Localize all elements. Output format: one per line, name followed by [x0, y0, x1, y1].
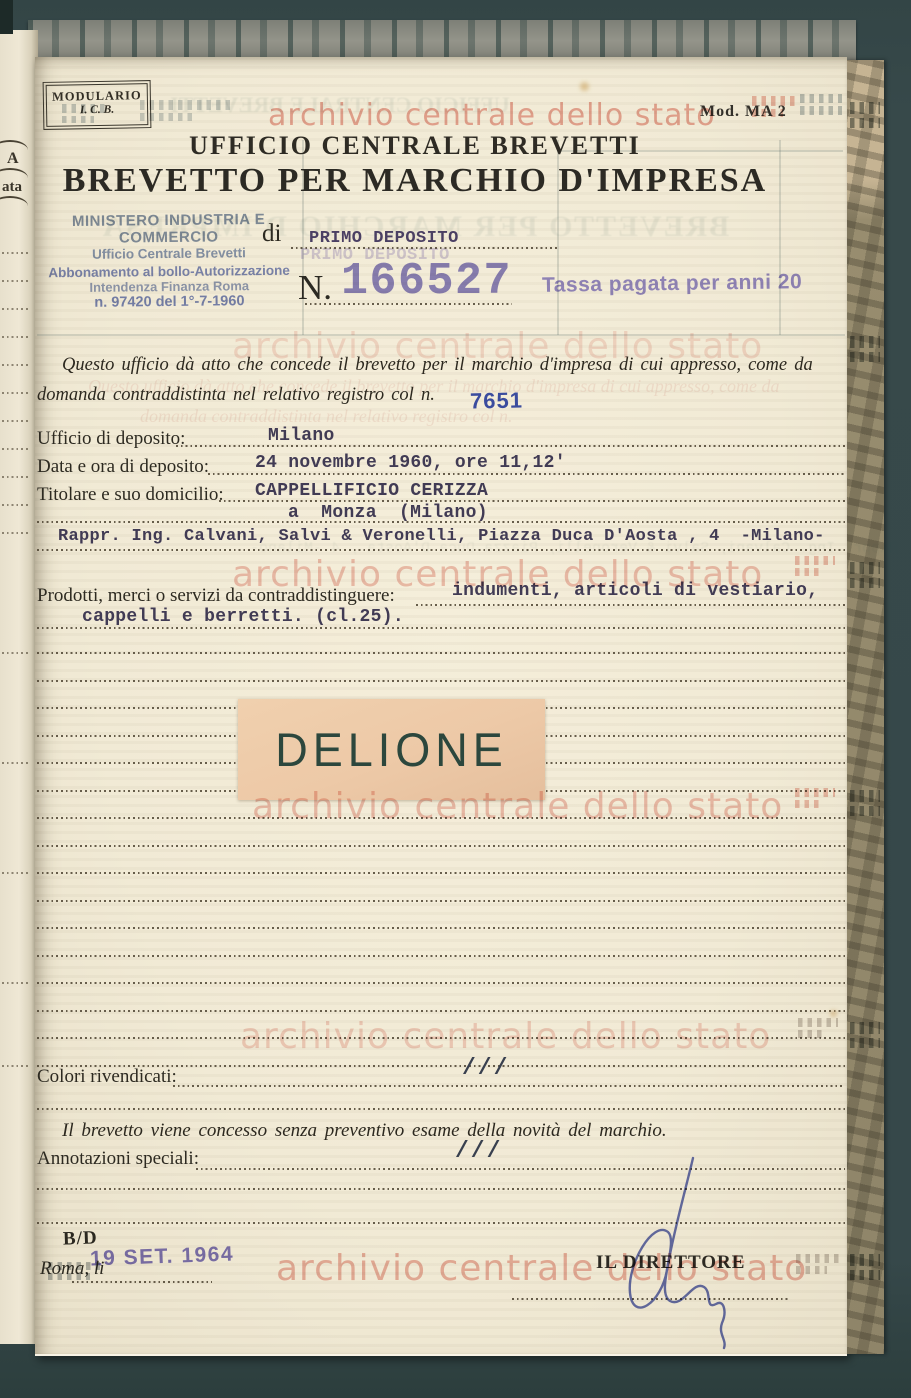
- ministry-stamp-line: MINISTERO INDUSTRIA E COMMERCIO: [43, 211, 293, 248]
- archive-watermark: archivio centrale dello stato: [232, 326, 763, 367]
- date-stamp: 19 SET. 1964: [90, 1242, 235, 1271]
- serial-number-label: N.: [298, 268, 332, 308]
- acs-grid-mark: [48, 1262, 104, 1280]
- binding-tape: [28, 20, 856, 62]
- acs-grid-mark: [795, 788, 835, 808]
- trademark-specimen-patch: DELIONE: [238, 699, 545, 800]
- acs-grid-mark: [62, 104, 108, 123]
- field-label-titolare: Titolare e suo domicilio:: [37, 484, 224, 506]
- colors-claimed-label: Colori rivendicati:: [37, 1066, 177, 1088]
- acs-grid-mark: [796, 1254, 840, 1274]
- margin-fragment: ata: [2, 179, 22, 196]
- archive-watermark: archivio centrale dello stato: [252, 786, 783, 827]
- acs-grid-mark: [798, 1018, 838, 1038]
- margin-fragment: A: [7, 150, 19, 168]
- archive-watermark: archivio centrale dello stato: [240, 1016, 771, 1057]
- paper-stain: [830, 1010, 837, 1017]
- acs-grid-mark: [800, 94, 842, 115]
- document-title: BREVETTO PER MARCHIO D'IMPRESA: [35, 162, 795, 200]
- serial-number: 166527: [341, 256, 512, 307]
- representative-line: Rappr. Ing. Calvani, Salvi & Veronelli, …: [58, 527, 825, 546]
- archive-watermark: archivio centrale dello stato: [232, 554, 763, 595]
- products-value-line2: cappelli e berretti. (cl.25).: [82, 607, 404, 627]
- ministry-stamp-line: Abbonamento al bollo-Autorizzazione: [44, 263, 294, 281]
- di-label: di: [262, 220, 281, 248]
- acs-grid-mark: [850, 1254, 880, 1280]
- annotations-value: ///: [455, 1138, 502, 1164]
- field-label-data: Data e ora di deposito:: [37, 456, 209, 478]
- field-value-ufficio: Milano: [268, 426, 335, 446]
- previous-page-edge: [0, 30, 38, 1344]
- ministry-stamp-line: n. 97420 del 1°-7-1960: [44, 293, 294, 312]
- office-name: UFFICIO CENTRALE BREVETTI: [35, 131, 795, 161]
- acs-grid-mark: [850, 336, 880, 362]
- archive-watermark: archivio centrale dello stato: [276, 1248, 807, 1289]
- acs-grid-mark: [850, 102, 880, 128]
- field-label-ufficio: Ufficio di deposito:: [37, 428, 185, 450]
- annotations-label: Annotazioni speciali:: [37, 1148, 199, 1170]
- book-binding-edge: [847, 60, 884, 1354]
- notice-line: Il brevetto viene concesso senza prevent…: [62, 1120, 667, 1142]
- margin-rule-arc: [0, 196, 28, 216]
- field-value-domicilio: a Monza (Milano): [288, 503, 488, 523]
- register-number: 7651: [470, 388, 523, 415]
- acs-grid-mark: [850, 1022, 880, 1048]
- acs-grid-mark: [850, 790, 880, 816]
- acs-grid-mark: [752, 96, 796, 117]
- book-cover-corner: [0, 0, 13, 34]
- trademark-name: DELIONE: [275, 722, 508, 777]
- tax-stamp: Tassa pagata per anni 20: [542, 270, 803, 298]
- acs-grid-mark: [795, 556, 835, 576]
- modulario-label: MODULARIO: [47, 88, 147, 105]
- paper-stain: [580, 82, 589, 91]
- field-value-titolare: CAPPELLIFICIO CERIZZA: [255, 481, 488, 501]
- ministry-stamp-line: Ufficio Centrale Brevetti: [44, 245, 294, 263]
- field-value-data: 24 novembre 1960, ore 11,12': [255, 453, 566, 473]
- archive-watermark: archivio centrale dello stato: [268, 98, 716, 133]
- acs-grid-mark: [850, 562, 880, 588]
- bleedthrough-ghost: domanda contraddistinta nel relativo reg…: [140, 406, 512, 427]
- ministry-stamp: MINISTERO INDUSTRIA E COMMERCIO Ufficio …: [43, 211, 294, 312]
- colors-claimed-value: ///: [462, 1055, 509, 1081]
- acs-grid-mark: [140, 100, 230, 121]
- scanned-document: A ata BREVETTO PER MARCHIO D'IMPRESA UFF…: [0, 0, 911, 1398]
- grant-paragraph-line2: domanda contraddistinta nel relativo reg…: [37, 385, 435, 406]
